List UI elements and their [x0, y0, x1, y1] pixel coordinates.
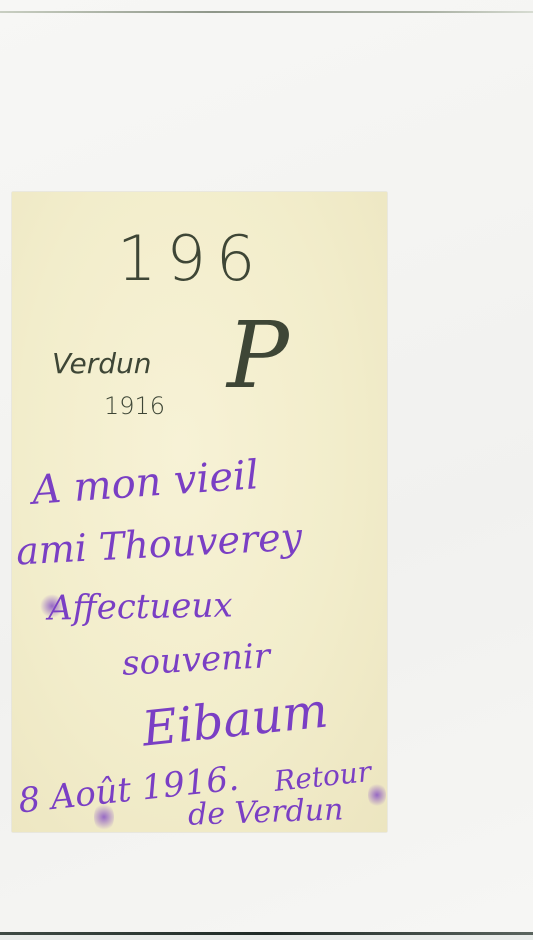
pencil-place: Verdun — [52, 347, 152, 380]
signature: Eibaum — [140, 682, 331, 757]
inscription-note-line-1: Retour — [273, 755, 373, 798]
ink-spot-edge — [368, 782, 386, 808]
inscription-line-2: ami Thouverey — [15, 515, 303, 574]
handwritten-card: 196 P Verdun 1916 A mon vieil ami Thouve… — [12, 192, 387, 832]
inscription-line-3: Affectueux — [48, 585, 233, 628]
ink-smudge — [94, 802, 114, 832]
scan-background — [0, 935, 533, 940]
pencil-catalog-number: 196 — [117, 222, 265, 295]
mount-top-edge — [0, 11, 533, 13]
pencil-letter: P — [227, 302, 289, 409]
inscription-note-line-2: de Verdun — [187, 792, 343, 832]
inscription-line-4: souvenir — [121, 636, 271, 684]
inscription-line-1: A mon vieil — [31, 452, 260, 514]
pencil-year: 1916 — [104, 392, 165, 420]
